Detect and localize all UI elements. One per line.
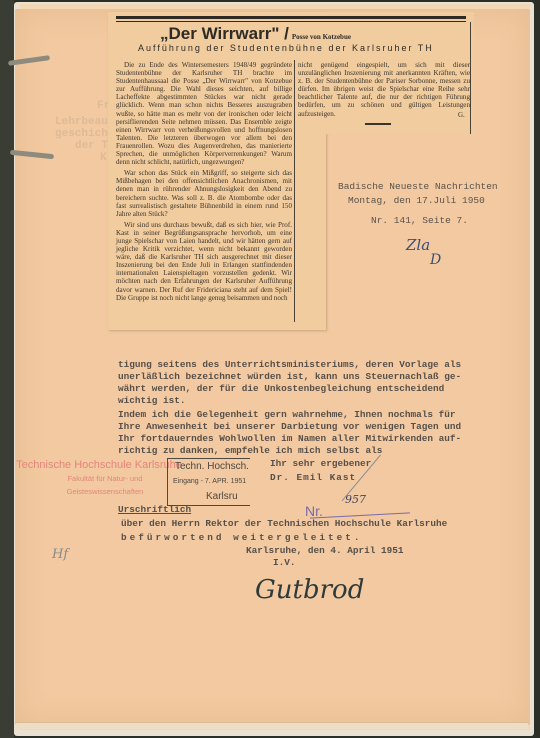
handwritten-note: Zla xyxy=(406,236,430,254)
handwritten-mark: D xyxy=(430,252,441,268)
clipping-left-column: Die zu Ende des Wintersemesters 1948/49 … xyxy=(116,61,292,305)
paragraph: nicht genügend eingespielt, um sich mit … xyxy=(298,61,470,118)
letter-closing-line: richtig zu danken, empfehle ich mich sel… xyxy=(118,445,382,457)
letter-closing-line: Ihr fortdauerndes Wohlwollen im Namen al… xyxy=(118,433,461,445)
binder-backdrop xyxy=(0,0,14,738)
citation-issue: Nr. 141, Seite 7. xyxy=(371,215,468,226)
letter-line: währt werden, der für die Unkostenbeglei… xyxy=(118,383,444,395)
clipping-right-column: nicht genügend eingespielt, um sich mit … xyxy=(298,61,470,121)
receipt-number: 957 xyxy=(345,493,366,506)
citation-date: Montag, den 17.Juli 1950 xyxy=(348,195,485,206)
signature: Gutbrod xyxy=(255,575,364,605)
forwarding-heading: Urschriftlich xyxy=(118,504,191,516)
page-edge xyxy=(16,722,528,729)
letter-line: tigung seitens des Unterrichtsministeriu… xyxy=(118,359,461,371)
faculty-stamp-line3: Geisteswissenschaften xyxy=(30,487,180,496)
header-rule-thin xyxy=(116,21,466,22)
paragraph: Wir sind uns durchaus bewußt, daß es sic… xyxy=(116,221,292,302)
place-date: Karlsruhe, den 4. April 1951 xyxy=(246,545,404,557)
end-rule xyxy=(365,123,391,125)
header-rule xyxy=(116,16,466,19)
faculty-stamp-line1: Technische Hochschule Karlsruhe xyxy=(14,459,184,471)
clipping-subhead: Aufführung der Studentenbühne der Karlsr… xyxy=(138,43,434,53)
margin-initials: Hf xyxy=(52,547,68,562)
forwarding-line: über den Herrn Rektor der Technischen Ho… xyxy=(121,518,447,530)
letter-closing-line: Indem ich die Gelegenheit gern wahrnehme… xyxy=(118,409,456,421)
author-initial: G. xyxy=(458,111,465,119)
ghost-text: K xyxy=(100,152,107,164)
salutation: Ihr sehr ergebener xyxy=(270,458,371,470)
letter-line: wichtig ist. xyxy=(118,395,186,407)
paragraph: Die zu Ende des Wintersemesters 1948/49 … xyxy=(116,61,292,166)
iv-mark: I.V. xyxy=(273,557,296,569)
receipt-stamp-line2: Eingang - 7. APR. 1951 xyxy=(173,478,246,485)
column-border xyxy=(470,22,471,134)
receipt-stamp-line3: Karlsru xyxy=(206,491,238,502)
faculty-stamp-line2: Fakultät für Natur- und xyxy=(30,474,180,483)
letter-line: unerläßlich bezeichnet würden ist, kann … xyxy=(118,371,461,383)
ghost-text: geschicht xyxy=(55,128,114,140)
letter-closing-line: Ihre Anwesenheit bei unserer Darbietung … xyxy=(118,421,461,433)
paragraph: War schon das Stück ein Mißgriff, so ste… xyxy=(116,169,292,218)
signatory: Dr. Emil Kast xyxy=(270,472,356,484)
forwarding-line: befürwortend weitergeleitet. xyxy=(121,532,363,544)
receipt-stamp-line1: Techn. Hochsch. xyxy=(175,461,249,472)
citation-newspaper: Badische Neueste Nachrichten xyxy=(338,181,498,192)
clipping-headline: „Der Wirrwarr" /Posse von Kotzebue xyxy=(160,24,351,44)
column-divider xyxy=(294,60,295,322)
